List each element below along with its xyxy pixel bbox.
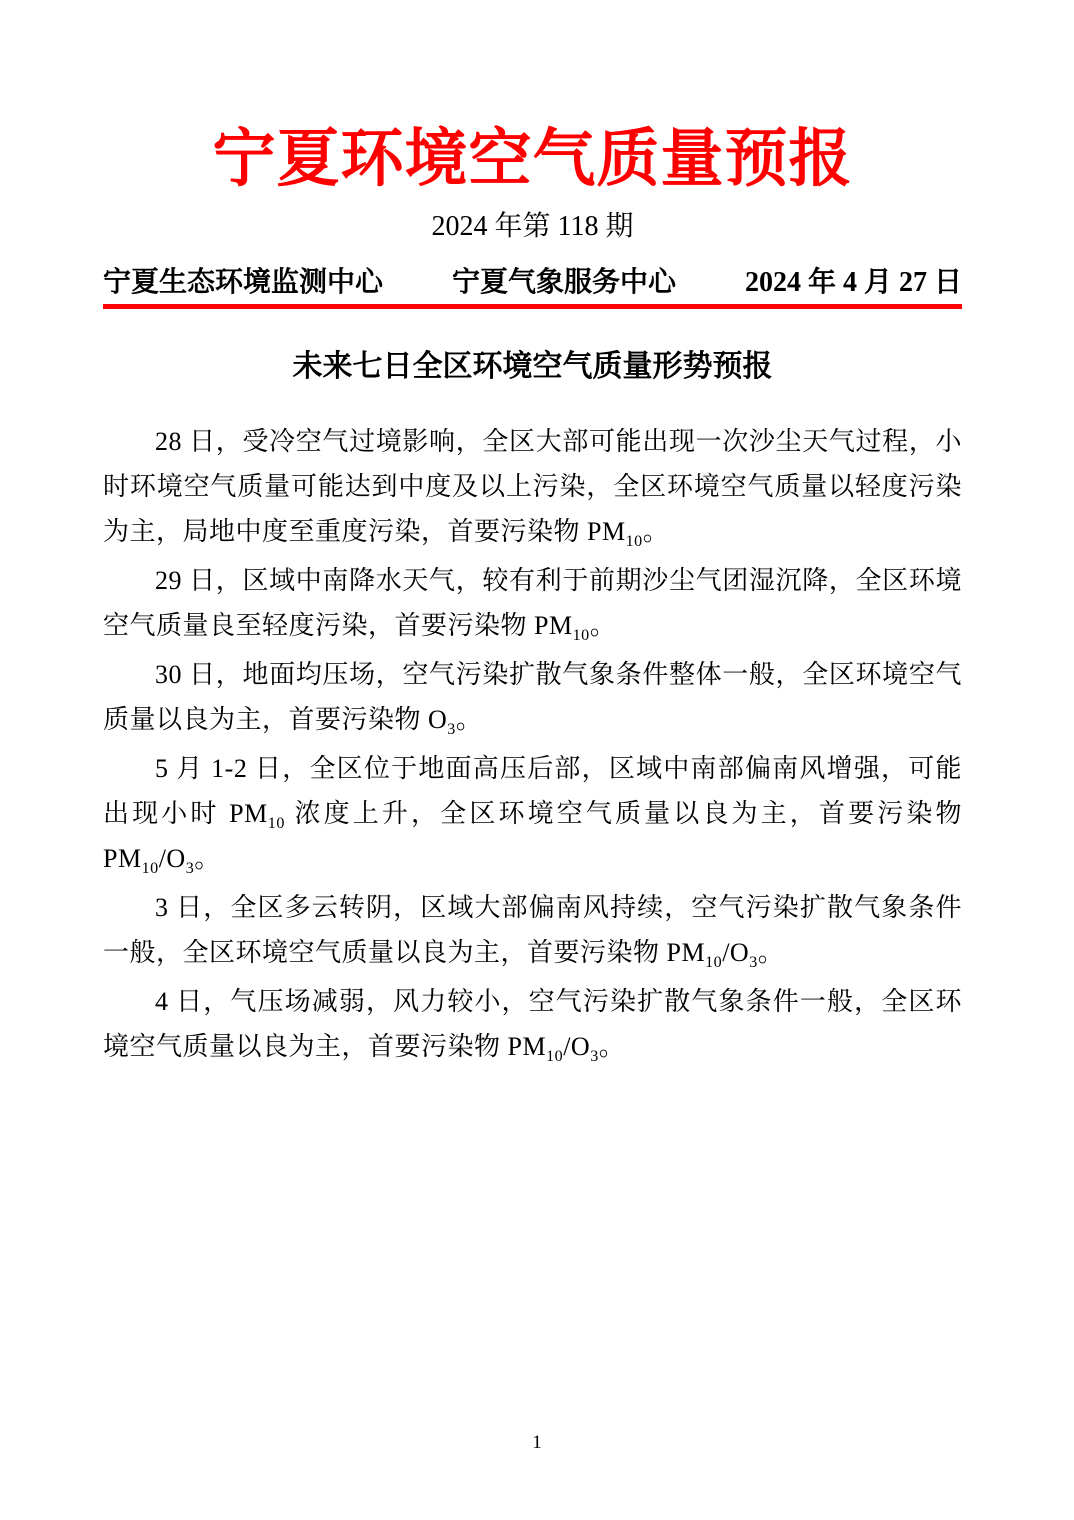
header-row: 宁夏生态环境监测中心 宁夏气象服务中心 2024 年 4 月 27 日: [103, 266, 962, 300]
issue-number: 2024 年第 118 期: [103, 210, 962, 244]
section-title: 未来七日全区环境空气质量形势预报: [103, 349, 962, 385]
issuing-agency-left: 宁夏生态环境监测中心: [103, 266, 383, 300]
issue-date: 2024 年 4 月 27 日: [745, 266, 962, 300]
document-title: 宁夏环境空气质量预报: [103, 122, 962, 198]
issuing-agency-center: 宁夏气象服务中心: [452, 266, 676, 300]
forecast-paragraph-day29: 29 日，区域中南降水天气，较有利于前期沙尘气团湿沉降，全区环境空气质量良至轻度…: [103, 558, 962, 648]
page-number: 1: [0, 1432, 1074, 1454]
document-page: 宁夏环境空气质量预报 2024 年第 118 期 宁夏生态环境监测中心 宁夏气象…: [0, 0, 1074, 1520]
forecast-body: 28 日，受冷空气过境影响，全区大部可能出现一次沙尘天气过程，小时环境空气质量可…: [103, 419, 962, 1069]
forecast-paragraph-day30: 30 日，地面均压场，空气污染扩散气象条件整体一般，全区环境空气质量以良为主，首…: [103, 652, 962, 742]
forecast-paragraph-may3: 3 日，全区多云转阴，区域大部偏南风持续，空气污染扩散气象条件一般，全区环境空气…: [103, 885, 962, 975]
forecast-paragraph-day28: 28 日，受冷空气过境影响，全区大部可能出现一次沙尘天气过程，小时环境空气质量可…: [103, 419, 962, 554]
red-divider-line: [103, 304, 962, 309]
forecast-paragraph-may4: 4 日，气压场减弱，风力较小，空气污染扩散气象条件一般，全区环境空气质量以良为主…: [103, 979, 962, 1069]
forecast-paragraph-may1-2: 5 月 1-2 日，全区位于地面高压后部，区域中南部偏南风增强，可能出现小时 P…: [103, 746, 962, 881]
